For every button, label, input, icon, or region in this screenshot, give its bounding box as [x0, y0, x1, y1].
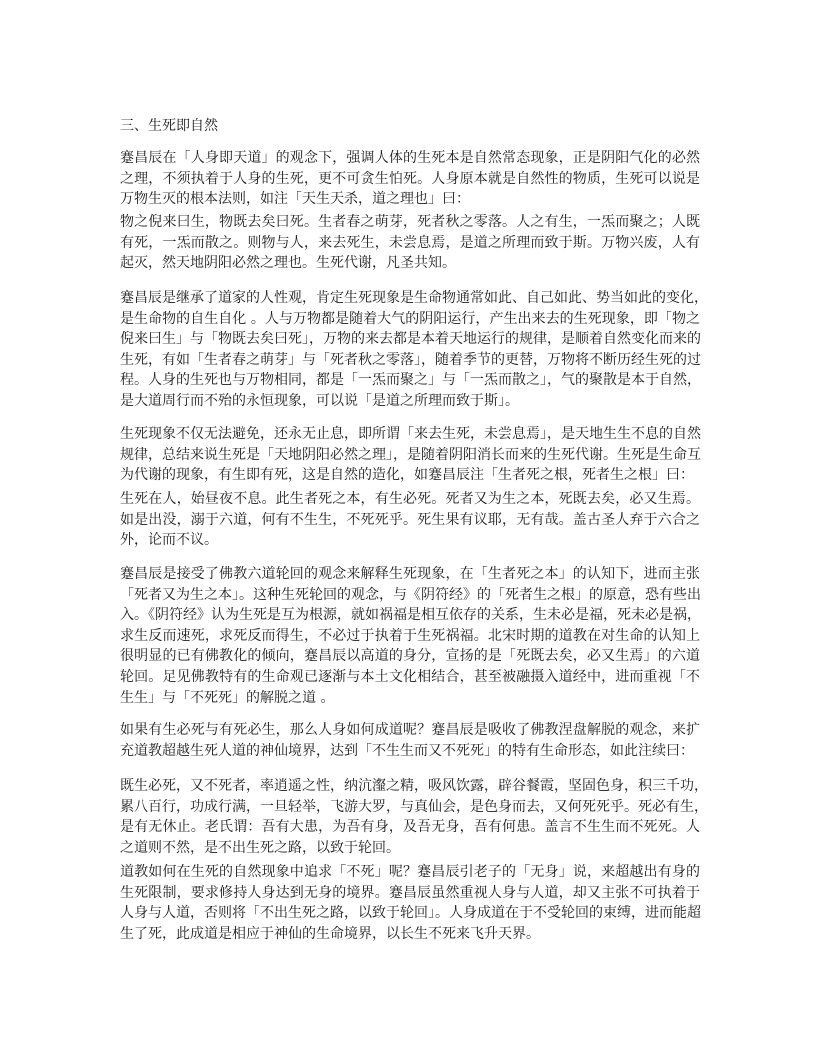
text-line: 如是出没，溺于六道，何有不生生，不死死乎。死生果有议耶，无有哉。盖古圣人弃于六合… [120, 510, 700, 531]
text-line: 如果有生必死与有死必生，那么人身如何成道呢？蹇昌辰是吸收了佛教涅盘解脱的观念，来… [120, 720, 700, 741]
text-line: 外，论而不议。 [120, 530, 700, 551]
text-line: 生生」与「不死死」的解脱之道 。 [120, 688, 700, 709]
text-line: 是生命物的自生自化 。人与万物都是随着大气的阴阳运行，产生出来去的生死现象，即「… [120, 309, 700, 330]
quote-1: 物之倪来曰生，物既去矣曰死。生者春之萌芽，死者秋之零落。人之有生，一炁而聚之；人… [120, 212, 700, 274]
text-line: 为代谢的现象，有生即有死，这是自然的造化，如蹇昌辰注「生者死之根，死者生之根」曰… [120, 465, 700, 486]
text-line: 入。《阴符经》认为生死是互为根源，就如祸福是相互依存的关系，生未必是福，死未必是… [120, 605, 700, 626]
text-line: 生死现象不仅无法避免，还永无止息，即所谓「来去生死，未尝息焉」，是天地生生不息的… [120, 424, 700, 445]
text-line: 求生反而速死，求死反而得生，不必过于执着于生死祸福。北宋时期的道教在对生命的认知… [120, 626, 700, 647]
text-line: 生了死，此成道是相应于神仙的生命境界，以长生不死来飞升天界。 [120, 924, 700, 945]
text-line: 生死，有如「生者春之萌芽」与「死者秋之零落」，随着季节的更替，万物将不断历经生死… [120, 350, 700, 371]
text-line: 累八百行，功成行满，一旦轻举，飞游大罗，与真仙会，是色身而去，又何死死乎。死必有… [120, 797, 700, 818]
text-line: 充道教超越生死人道的神仙境界，达到「不生生而又不死死」的特有生命形态，如此注续曰… [120, 741, 700, 762]
text-line: 起灭，然天地阴阳必然之理也。生死代谢，凡圣共知。 [120, 253, 700, 274]
text-line: 之理，不须执着于人身的生死，更不可贪生怕死。人身原本就是自然性的物质，生死可以说… [120, 169, 700, 190]
paragraph-3: 生死现象不仅无法避免，还永无止息，即所谓「来去生死，未尝息焉」，是天地生生不息的… [120, 424, 700, 486]
paragraph-4: 蹇昌辰是接受了佛教六道轮回的观念来解释生死现象，在「生者死之本」的认知下，进而主… [120, 564, 700, 708]
text-line: 物之倪来曰生，物既去矣曰死。生者春之萌芽，死者秋之零落。人之有生，一炁而聚之；人… [120, 212, 700, 233]
text-line: 规律，总结来说生死是「天地阴阳必然之理」，是随着阴阳消长而来的生死代谢。生死是生… [120, 445, 700, 466]
text-line: 有死，一炁而散之。则物与人，来去死生，未尝息焉，是道之所理而致于斯。万物兴废，人… [120, 233, 700, 254]
text-line: 「死者又为生之本」。这种生死轮回的观念，与《阴符经》的「死者生之根」的原意，恐有… [120, 585, 700, 606]
text-line: 是大道周行而不殆的永恒现象，可以说「是道之所理而致于斯」。 [120, 391, 700, 412]
quote-3: 既生必死，又不死者，率逍遥之性，纳沆瀣之精，吸风饮露，辟谷餐霞，坚固色身，积三千… [120, 776, 700, 858]
text-line: 是有无休止。老氏谓：吾有大患，为吾有身，及吾无身，吾有何患。盖言不生生而不死死。… [120, 817, 700, 838]
text-line: 轮回。足见佛教特有的生命观已逐渐与本土文化相结合，甚至被融摄入道经中，进而重视「… [120, 667, 700, 688]
text-line: 人身与人道，否则将「不出生死之路，以致于轮回」。人身成道在于不受轮回的束缚，进而… [120, 903, 700, 924]
text-line: 程。人身的生死也与万物相同，都是「一炁而聚之」与「一炁而散之」，气的聚散是本于自… [120, 370, 700, 391]
text-line: 蹇昌辰在「人身即天道」的观念下，强调人体的生死本是自然常态现象，正是阴阳气化的必… [120, 148, 700, 169]
text-line: 蹇昌辰是接受了佛教六道轮回的观念来解释生死现象，在「生者死之本」的认知下，进而主… [120, 564, 700, 585]
text-line: 万物生灭的根本法则，如注「天生天杀，道之理也」曰： [120, 189, 700, 210]
text-line: 很明显的已有佛教化的倾向，蹇昌辰以高道的身分，宣扬的是「死既去矣，必又生焉」的六… [120, 646, 700, 667]
text-line: 之道则不然，是不出生死之路，以致于轮回。 [120, 838, 700, 859]
quote-2: 生死在人，始昼夜不息。此生者死之本，有生必死。死者又为生之本，死既去矣，必又生焉… [120, 489, 700, 551]
text-line: 道教如何在生死的自然现象中追求「不死」呢？蹇昌辰引老子的「无身」说，来超越出有身… [120, 862, 700, 883]
text-line: 倪来曰生」与「物既去矣曰死」，万物的来去都是本着天地运行的规律，是顺着自然变化而… [120, 329, 700, 350]
paragraph-1: 蹇昌辰在「人身即天道」的观念下，强调人体的生死本是自然常态现象，正是阴阳气化的必… [120, 148, 700, 210]
section-heading: 三、生死即自然 [120, 116, 218, 136]
paragraph-2: 蹇昌辰是继承了道家的人性观，肯定生死现象是生命物通常如此、自己如此、势当如此的变… [120, 288, 700, 412]
text-line: 生死在人，始昼夜不息。此生者死之本，有生必死。死者又为生之本，死既去矣，必又生焉… [120, 489, 700, 510]
text-line: 既生必死，又不死者，率逍遥之性，纳沆瀣之精，吸风饮露，辟谷餐霞，坚固色身，积三千… [120, 776, 700, 797]
text-line: 蹇昌辰是继承了道家的人性观，肯定生死现象是生命物通常如此、自己如此、势当如此的变… [120, 288, 700, 309]
paragraph-5: 如果有生必死与有死必生，那么人身如何成道呢？蹇昌辰是吸收了佛教涅盘解脱的观念，来… [120, 720, 700, 761]
text-line: 生死限制，要求修持人身达到无身的境界。蹇昌辰虽然重视人身与人道，却又主张不可执着… [120, 883, 700, 904]
paragraph-6: 道教如何在生死的自然现象中追求「不死」呢？蹇昌辰引老子的「无身」说，来超越出有身… [120, 862, 700, 944]
